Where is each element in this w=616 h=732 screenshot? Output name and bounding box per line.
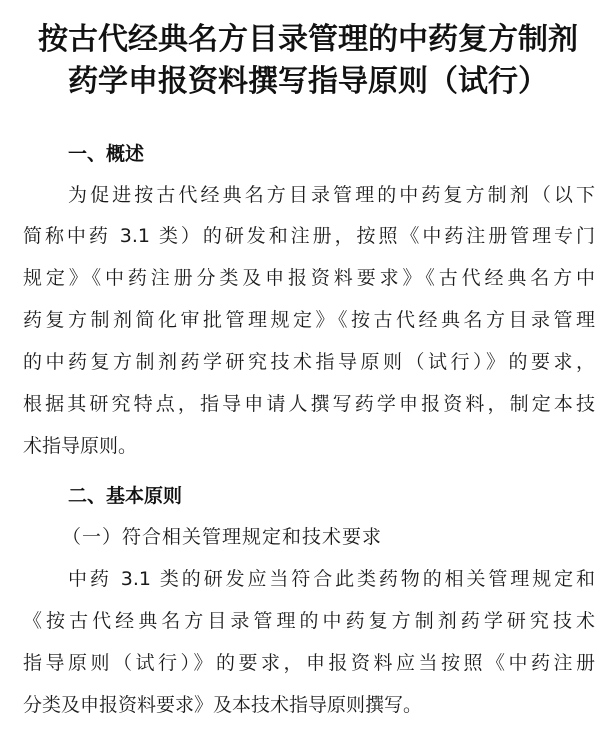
paragraph-line: 药复方制剂简化审批管理规定》《按古代经典名方目录管理	[23, 305, 595, 332]
document-title-line-1: 按古代经典名方目录管理的中药复方制剂	[0, 14, 616, 58]
paragraph-line: 简称中药 3.1 类）的研发和注册，按照《中药注册管理专门	[23, 221, 595, 248]
paragraph-line: 中药 3.1 类的研发应当符合此类药物的相关管理规定和	[68, 564, 595, 591]
paragraph-line: 规定》《中药注册分类及申报资料要求》《古代经典名方中	[23, 263, 595, 290]
paragraph-line: 为促进按古代经典名方目录管理的中药复方制剂（以下	[68, 180, 595, 207]
paragraph-line: 《按古代经典名方目录管理的中药复方制剂药学研究技术	[23, 606, 595, 633]
subsection-heading: （一）符合相关管理规定和技术要求	[62, 522, 382, 549]
paragraph-line: 术指导原则。	[23, 431, 595, 458]
paragraph-line: 分类及申报资料要求》及本技术指导原则撰写。	[23, 690, 595, 717]
paragraph-line: 指导原则（试行）》的要求，申报资料应当按照《中药注册	[23, 648, 595, 675]
paragraph-line: 的中药复方制剂药学研究技术指导原则（试行）》的要求，	[23, 347, 595, 374]
section-heading-overview: 一、概述	[68, 139, 144, 166]
document-title-line-2: 药学申报资料撰写指导原则（试行）	[0, 56, 616, 100]
paragraph-line: 根据其研究特点，指导申请人撰写药学申报资料，制定本技	[23, 389, 595, 416]
section-heading-basic-principles: 二、基本原则	[68, 481, 182, 508]
